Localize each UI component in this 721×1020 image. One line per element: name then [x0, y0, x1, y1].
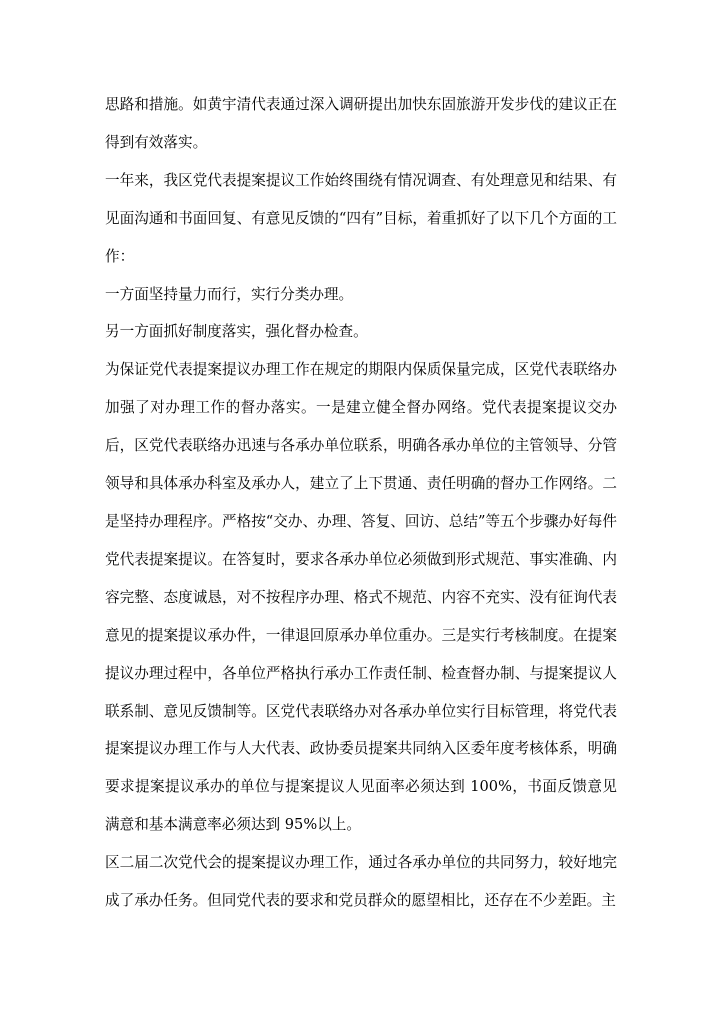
- document-page: 思路和措施。如黄宇清代表通过深入调研提出加快东固旅游开发步伐的建议正在得到有效落…: [0, 0, 721, 1020]
- paragraph-4-aspect-two: 另一方面抓好制度落实，强化督办检查。: [105, 313, 617, 351]
- paragraph-2-overview: 一年来，我区党代表提案提议工作始终围绕有情况调查、有处理意见和结果、有见面沟通和…: [105, 162, 617, 276]
- document-body: 思路和措施。如黄宇清代表通过深入调研提出加快东固旅游开发步伐的建议正在得到有效落…: [105, 86, 617, 920]
- paragraph-3-aspect-one: 一方面坚持量力而行，实行分类办理。: [105, 276, 617, 314]
- paragraph-1-continuation: 思路和措施。如黄宇清代表通过深入调研提出加快东固旅游开发步伐的建议正在得到有效落…: [105, 86, 617, 162]
- paragraph-6-summary-cutoff: 区二届二次党代会的提案提议办理工作，通过各承办单位的共同努力，较好地完成了承办任…: [105, 844, 617, 920]
- paragraph-5-supervision-measures: 为保证党代表提案提议办理工作在规定的期限内保质保量完成，区党代表联络办加强了对办…: [105, 351, 617, 844]
